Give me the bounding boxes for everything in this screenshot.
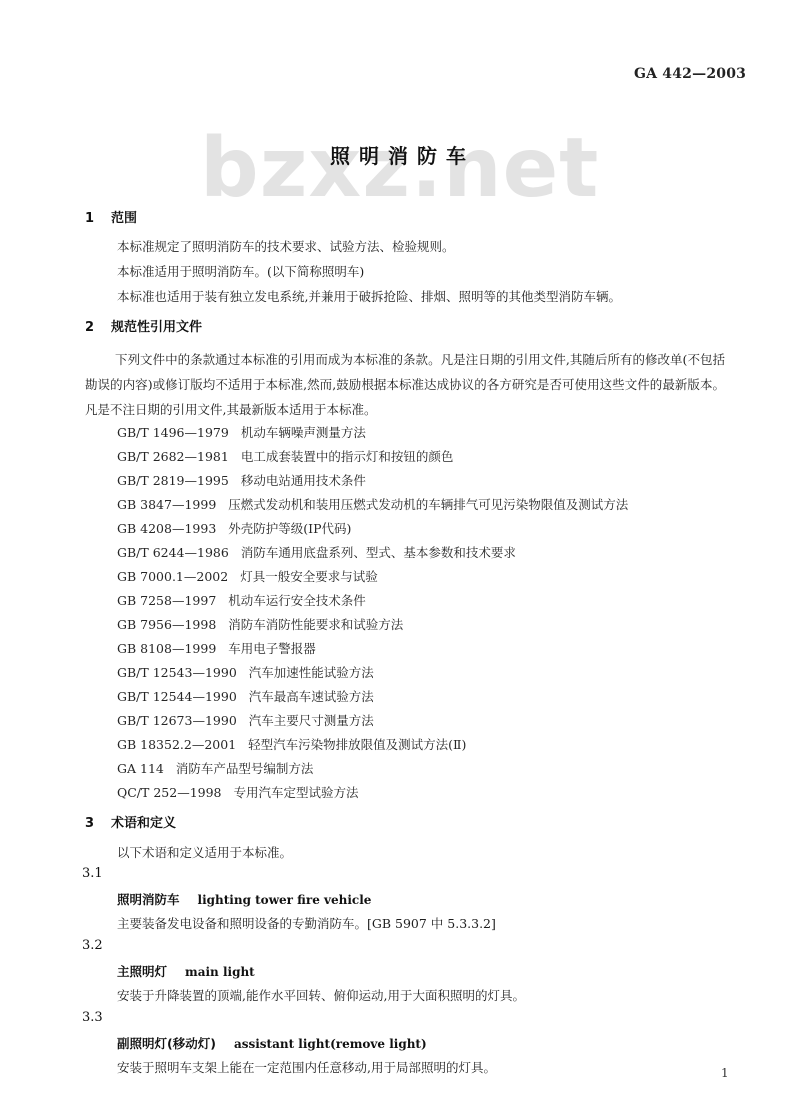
reference-code: GA 114 bbox=[117, 761, 164, 776]
reference-title: 机动车辆噪声测量方法 bbox=[241, 425, 366, 440]
section-title: 规范性引用文件 bbox=[111, 320, 202, 335]
reference-code: GB/T 12544—1990 bbox=[117, 689, 237, 704]
reference-item: GB/T 12544—1990汽车最高车速试验方法 bbox=[117, 687, 374, 705]
reference-title: 移动电站通用技术条件 bbox=[241, 473, 366, 488]
document-title: 照明消防车 bbox=[330, 140, 475, 169]
reference-code: GB/T 12543—1990 bbox=[117, 665, 237, 680]
reference-item: GB 7000.1—2002灯具一般安全要求与试验 bbox=[117, 567, 378, 585]
reference-item: GB 7258—1997机动车运行安全技术条件 bbox=[117, 591, 366, 609]
clause-number: 3.2 bbox=[82, 938, 103, 953]
reference-title: 灯具一般安全要求与试验 bbox=[240, 569, 378, 584]
reference-title: 消防车通用底盘系列、型式、基本参数和技术要求 bbox=[241, 545, 516, 560]
section-number: 3 bbox=[85, 816, 111, 831]
reference-code: GB/T 2682—1981 bbox=[117, 449, 229, 464]
term-entry: 副照明灯(移动灯)assistant light(remove light) bbox=[117, 1034, 427, 1052]
section-title: 术语和定义 bbox=[111, 816, 176, 831]
reference-title: 专用汽车定型试验方法 bbox=[234, 785, 359, 800]
reference-code: GB/T 12673—1990 bbox=[117, 713, 237, 728]
reference-code: GB 8108—1999 bbox=[117, 641, 216, 656]
section-1-heading: 1范围 bbox=[85, 207, 137, 226]
reference-code: GB 7258—1997 bbox=[117, 593, 216, 608]
term-entry: 主照明灯main light bbox=[117, 962, 255, 980]
page-number: 1 bbox=[721, 1066, 729, 1080]
term-definition: 安装于照明车支架上能在一定范围内任意移动,用于局部照明的灯具。 bbox=[117, 1058, 496, 1076]
term-en: lighting tower fire vehicle bbox=[198, 893, 372, 907]
reference-title: 汽车加速性能试验方法 bbox=[249, 665, 374, 680]
reference-item: GB/T 12673—1990汽车主要尺寸测量方法 bbox=[117, 711, 374, 729]
reference-item: GB 8108—1999车用电子警报器 bbox=[117, 639, 316, 657]
reference-item: GA 114消防车产品型号编制方法 bbox=[117, 759, 313, 777]
reference-item: GB/T 12543—1990汽车加速性能试验方法 bbox=[117, 663, 374, 681]
reference-item: GB 7956—1998消防车消防性能要求和试验方法 bbox=[117, 615, 403, 633]
reference-title: 消防车产品型号编制方法 bbox=[176, 761, 314, 776]
reference-item: GB 18352.2—2001轻型汽车污染物排放限值及测试方法(Ⅱ) bbox=[117, 735, 466, 753]
reference-code: GB 7000.1—2002 bbox=[117, 569, 228, 584]
reference-title: 消防车消防性能要求和试验方法 bbox=[228, 617, 403, 632]
term-definition: 主要装备发电设备和照明设备的专勤消防车。[GB 5907 中 5.3.3.2] bbox=[117, 914, 496, 932]
reference-code: GB/T 6244—1986 bbox=[117, 545, 229, 560]
reference-code: GB/T 2819—1995 bbox=[117, 473, 229, 488]
reference-code: GB 18352.2—2001 bbox=[117, 737, 236, 752]
section-number: 2 bbox=[85, 320, 111, 335]
reference-item: GB/T 1496—1979机动车辆噪声测量方法 bbox=[117, 423, 366, 441]
term-entry: 照明消防车lighting tower fire vehicle bbox=[117, 890, 371, 908]
paragraph: 本标准适用于照明消防车。(以下简称照明车) bbox=[117, 262, 364, 280]
term-zh: 副照明灯(移动灯) bbox=[117, 1036, 216, 1051]
term-en: assistant light(remove light) bbox=[234, 1037, 427, 1051]
reference-code: GB/T 1496—1979 bbox=[117, 425, 229, 440]
reference-title: 外壳防护等级(IP代码) bbox=[228, 521, 351, 536]
clause-number: 3.3 bbox=[82, 1010, 103, 1025]
reference-title: 压燃式发动机和装用压燃式发动机的车辆排气可见污染物限值及测试方法 bbox=[228, 497, 628, 512]
reference-item: GB 4208—1993外壳防护等级(IP代码) bbox=[117, 519, 351, 537]
reference-item: GB 3847—1999压燃式发动机和装用压燃式发动机的车辆排气可见污染物限值及… bbox=[117, 495, 628, 513]
terms-intro: 以下术语和定义适用于本标准。 bbox=[117, 843, 292, 861]
term-zh: 主照明灯 bbox=[117, 964, 167, 979]
reference-title: 车用电子警报器 bbox=[228, 641, 316, 656]
reference-code: GB 3847—1999 bbox=[117, 497, 216, 512]
term-definition: 安装于升降装置的顶端,能作水平回转、俯仰运动,用于大面积照明的灯具。 bbox=[117, 986, 525, 1004]
paragraph: 本标准规定了照明消防车的技术要求、试验方法、检验规则。 bbox=[117, 237, 455, 255]
reference-code: GB 7956—1998 bbox=[117, 617, 216, 632]
section-title: 范围 bbox=[111, 211, 137, 226]
reference-title: 机动车运行安全技术条件 bbox=[228, 593, 366, 608]
section-number: 1 bbox=[85, 211, 111, 226]
reference-item: QC/T 252—1998专用汽车定型试验方法 bbox=[117, 783, 359, 801]
reference-title: 汽车主要尺寸测量方法 bbox=[249, 713, 374, 728]
section-2-heading: 2规范性引用文件 bbox=[85, 316, 202, 335]
term-zh: 照明消防车 bbox=[117, 892, 180, 907]
reference-code: QC/T 252—1998 bbox=[117, 785, 222, 800]
reference-title: 汽车最高车速试验方法 bbox=[249, 689, 374, 704]
section-3-heading: 3术语和定义 bbox=[85, 812, 176, 831]
normative-references-intro: 下列文件中的条款通过本标准的引用而成为本标准的条款。凡是注日期的引用文件,其随后… bbox=[85, 347, 725, 422]
clause-number: 3.1 bbox=[82, 866, 103, 881]
reference-title: 电工成套装置中的指示灯和按钮的颜色 bbox=[241, 449, 454, 464]
paragraph: 本标准也适用于装有独立发电系统,并兼用于破拆抢险、排烟、照明等的其他类型消防车辆… bbox=[117, 287, 621, 305]
reference-item: GB/T 6244—1986消防车通用底盘系列、型式、基本参数和技术要求 bbox=[117, 543, 516, 561]
term-en: main light bbox=[185, 965, 255, 979]
reference-item: GB/T 2819—1995移动电站通用技术条件 bbox=[117, 471, 366, 489]
standard-code: GA 442—2003 bbox=[634, 66, 746, 82]
reference-title: 轻型汽车污染物排放限值及测试方法(Ⅱ) bbox=[248, 737, 466, 752]
reference-item: GB/T 2682—1981电工成套装置中的指示灯和按钮的颜色 bbox=[117, 447, 453, 465]
reference-code: GB 4208—1993 bbox=[117, 521, 216, 536]
